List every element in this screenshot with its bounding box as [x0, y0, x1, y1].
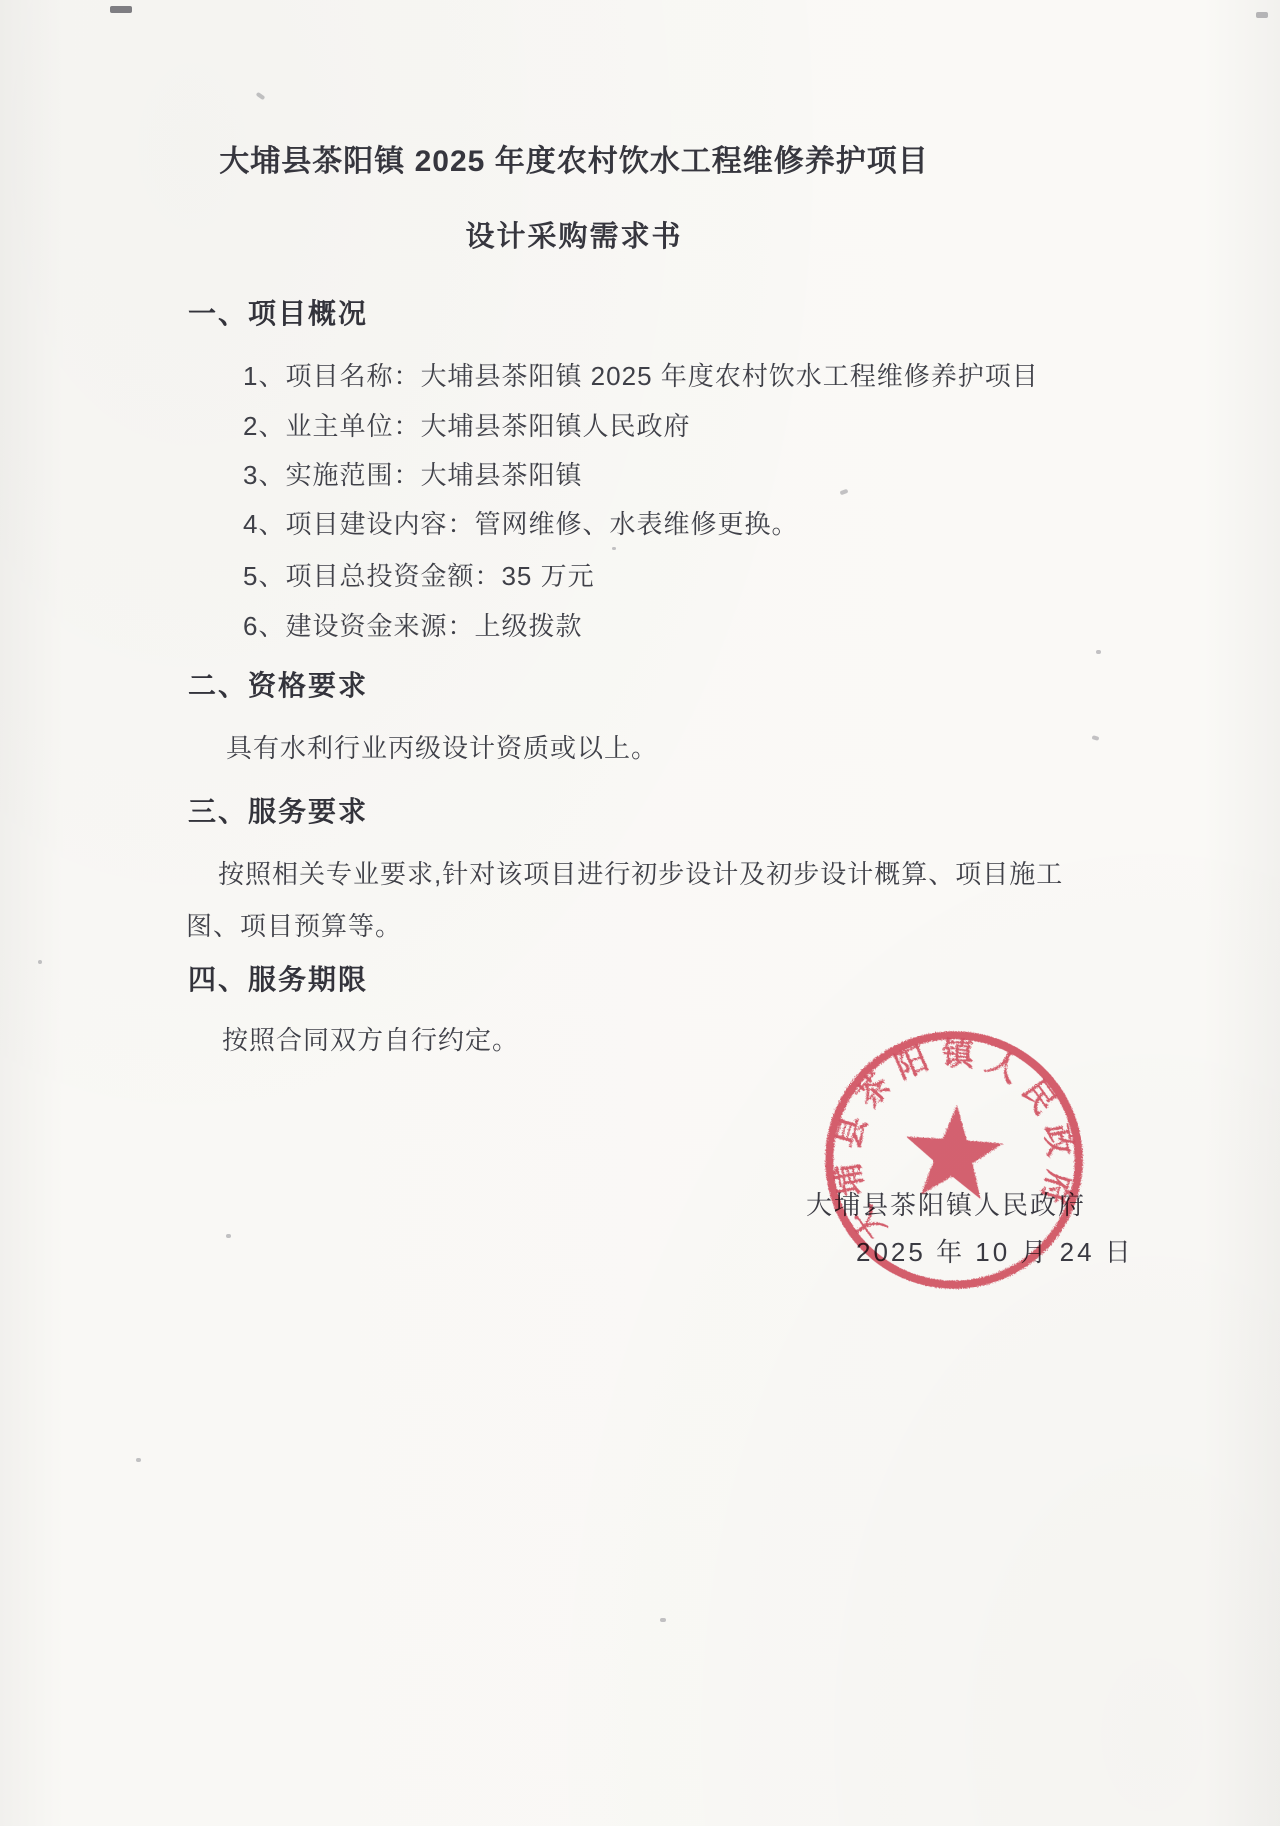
section-1-item-project-name: 1、项目名称：大埔县茶阳镇 2025 年度农村饮水工程维修养护项目 — [243, 356, 1039, 393]
section-1-item-scope: 3、实施范围：大埔县茶阳镇 — [243, 455, 582, 492]
scan-speck — [1256, 12, 1268, 18]
scanned-document-page: 大埔县茶阳镇 2025 年度农村饮水工程维修养护项目 设计采购需求书 一、项目概… — [0, 0, 1280, 1826]
scan-speck — [840, 489, 849, 495]
section-1-heading: 一、项目概况 — [188, 292, 368, 332]
scan-speck — [612, 547, 616, 550]
section-1-item-total-investment: 5、项目总投资金额：35 万元 — [243, 556, 595, 593]
section-1-item-owner-unit: 2、业主单位：大埔县茶阳镇人民政府 — [243, 406, 690, 443]
scan-speck — [110, 6, 132, 13]
official-seal-stamp: 大埔县茶阳镇人民政府 — [802, 1008, 1105, 1311]
section-1-item-construction-content: 4、项目建设内容：管网维修、水表维修更换。 — [243, 504, 798, 541]
scan-speck — [1096, 650, 1101, 654]
section-3-body: 按照相关专业要求,针对该项目进行初步设计及初步设计概算、项目施工图、项目预算等。 — [186, 848, 1091, 952]
scan-speck — [226, 1234, 231, 1238]
scan-speck — [136, 1458, 141, 1462]
section-4-body: 按照合同双方自行约定。 — [222, 1020, 519, 1057]
section-2-body: 具有水利行业丙级设计资质或以上。 — [226, 728, 658, 765]
scan-speck — [38, 960, 42, 964]
scan-speck — [1092, 735, 1100, 741]
document-subtitle: 设计采购需求书 — [0, 214, 1148, 255]
section-1-item-funding-source: 6、建设资金来源：上级拨款 — [243, 606, 582, 643]
scan-speck — [660, 1618, 666, 1622]
star-icon — [903, 1101, 1008, 1207]
scan-speck — [256, 92, 266, 100]
document-title: 大埔县茶阳镇 2025 年度农村饮水工程维修养护项目 — [0, 136, 1148, 180]
section-4-heading: 四、服务期限 — [188, 958, 368, 998]
section-3-heading: 三、服务要求 — [188, 790, 368, 830]
section-2-heading: 二、资格要求 — [188, 664, 368, 704]
